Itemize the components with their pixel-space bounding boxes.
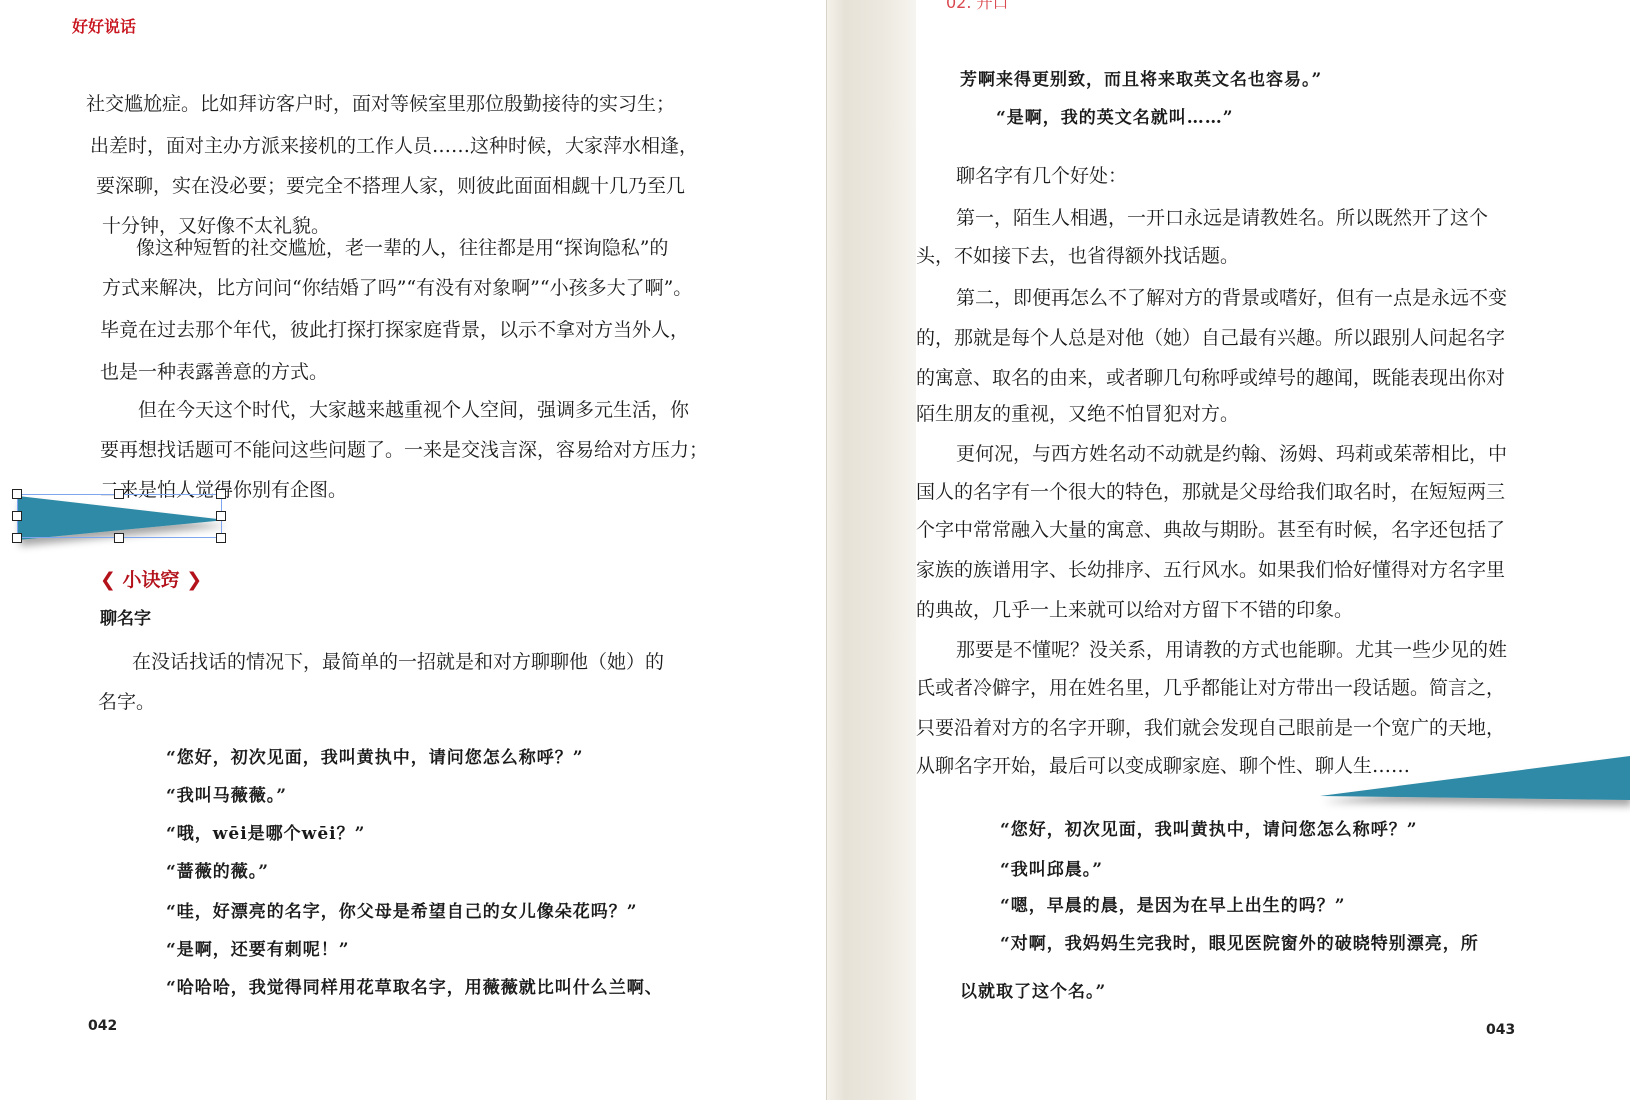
resize-handle-ne[interactable] bbox=[216, 489, 226, 499]
selection-box[interactable] bbox=[17, 494, 222, 538]
resize-handle-nw[interactable] bbox=[12, 489, 22, 499]
decor-triangle-shape[interactable] bbox=[1320, 756, 1630, 800]
resize-handle-w[interactable] bbox=[12, 511, 22, 521]
resize-handle-n[interactable] bbox=[114, 489, 124, 499]
resize-handle-sw[interactable] bbox=[12, 533, 22, 543]
resize-handle-se[interactable] bbox=[216, 533, 226, 543]
resize-handle-e[interactable] bbox=[216, 511, 226, 521]
resize-handle-s[interactable] bbox=[114, 533, 124, 543]
shape-layer bbox=[0, 0, 1630, 1100]
